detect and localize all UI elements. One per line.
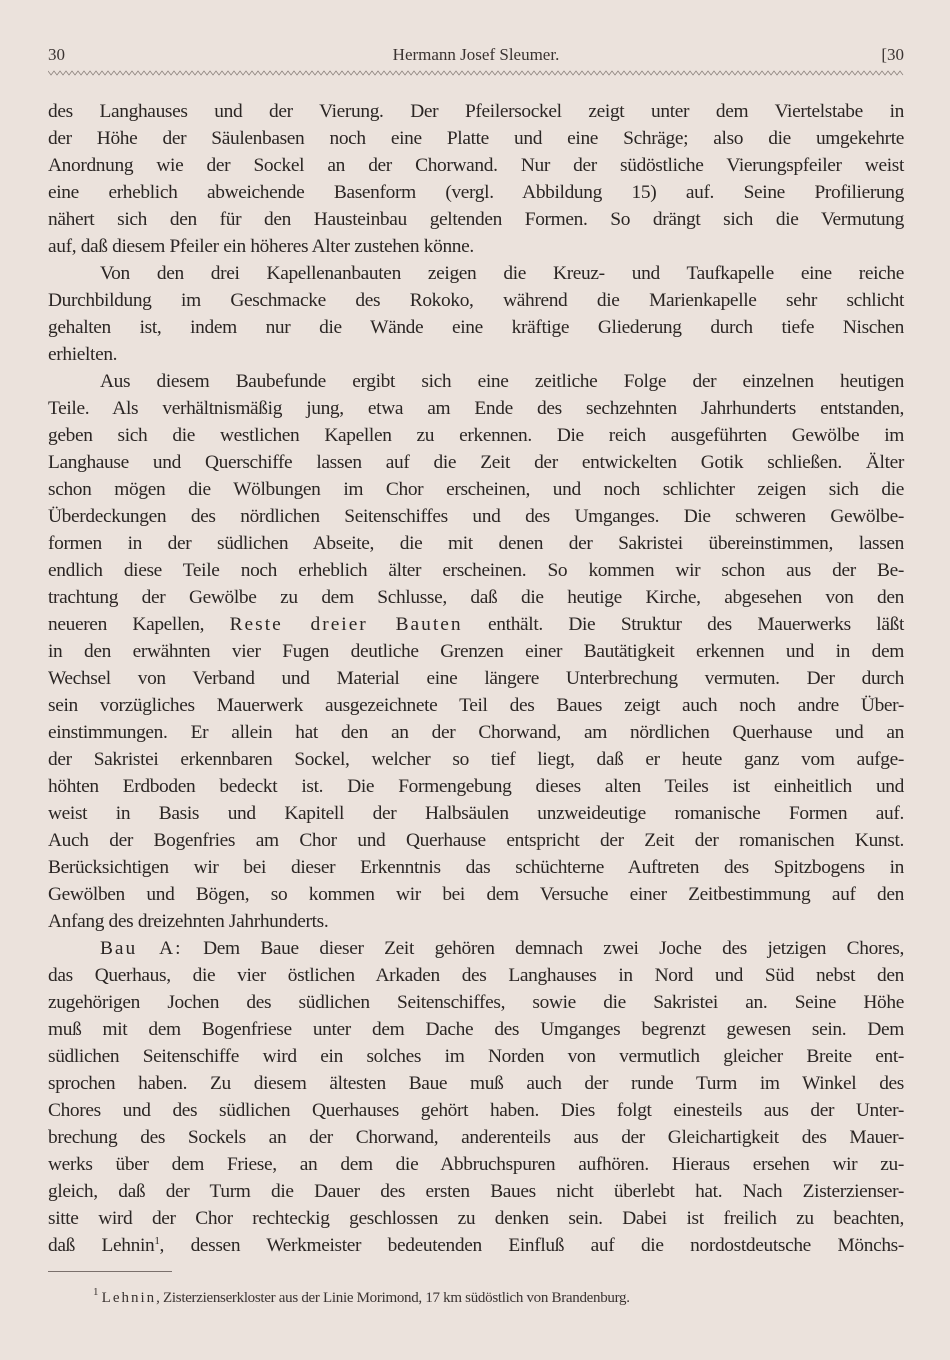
text-line: Chores und des südlichen Querhauses gehö… [48,1097,904,1124]
running-header: 30 Hermann Josef Sleumer. [30 [48,45,904,69]
text-line: Berücksichtigen wir bei dieser Erkenntni… [48,854,904,881]
text-line: zugehörigen Jochen des südlichen Seitens… [48,989,904,1016]
text-line: sitte wird der Chor rechteckig geschloss… [48,1205,904,1232]
text-line: daß Lehnin1, dessen Werkmeister bedeuten… [48,1232,904,1259]
text-line: Wechsel von Verband und Material eine lä… [48,665,904,692]
paragraph-4: Bau A: Dem Baue dieser Zeit gehören demn… [48,935,904,1259]
text-line: brechung des Sockels an der Chorwand, an… [48,1124,904,1151]
body-text: des Langhauses und der Vierung. Der Pfei… [48,98,904,1259]
text-line: Anfang des dreizehnten Jahrhunderts. [48,908,904,935]
paragraph-1: des Langhauses und der Vierung. Der Pfei… [48,98,904,260]
text-line: Von den drei Kapellenanbauten zeigen die… [48,260,904,287]
text-line: trachtung der Gewölbe zu dem Schlusse, d… [48,584,904,611]
text-line: Anordnung wie der Sockel an der Chorwand… [48,152,904,179]
text-line: der Höhe der Säulenbasen noch eine Platt… [48,125,904,152]
text-line: weist in Basis und Kapitell der Halbsäul… [48,800,904,827]
text-line: gehalten ist, indem nur die Wände eine k… [48,314,904,341]
text-line: formen in der südlichen Abseite, die mit… [48,530,904,557]
text-line: Langhause und Querschiffe lassen auf die… [48,449,904,476]
text-line: erhielten. [48,341,904,368]
text-line: Aus diesem Baubefunde ergibt sich eine z… [48,368,904,395]
running-title-author: Hermann Josef Sleumer. [48,45,904,65]
text-line: geben sich die westlichen Kapellen zu er… [48,422,904,449]
text-line: eine erheblich abweichende Basenform (ve… [48,179,904,206]
text-line: gleich, daß der Turm die Dauer des erste… [48,1178,904,1205]
text-line: südlichen Seitenschiffe wird ein solches… [48,1043,904,1070]
text-line: Durchbildung im Geschmacke des Rokoko, w… [48,287,904,314]
text-line: Teile. Als verhältnismäßig jung, etwa am… [48,395,904,422]
text-line: Gewölben und Bögen, so kommen wir bei de… [48,881,904,908]
text-fragment: Dem Baue dieser Zeit gehören demnach zwe… [183,938,905,959]
text-line: nähert sich den für den Hausteinbau gelt… [48,206,904,233]
spaced-emphasis: Reste dreier Bauten [230,614,463,635]
footnote-text: , Zisterzienserkloster aus der Linie Mor… [156,1290,630,1306]
footnote-marker: 1 [93,1286,98,1298]
footnote-spaced-term: Lehnin [102,1290,157,1306]
text-fragment: neueren Kapellen, [48,614,230,635]
text-fragment: daß Lehnin [48,1235,154,1256]
text-line: endlich diese Teile noch erheblich älter… [48,557,904,584]
page-number-right: [30 [881,45,904,65]
footnote-separator [48,1271,172,1272]
paragraph-3: Aus diesem Baubefunde ergibt sich eine z… [48,368,904,935]
book-page: 30 Hermann Josef Sleumer. [30 des Langha… [0,0,950,1360]
text-line: sein vorzügliches Mauerwerk ausgezeichne… [48,692,904,719]
text-line: einstimmungen. Er allein hat den an der … [48,719,904,746]
text-line: sprochen haben. Zu diesem ältesten Baue … [48,1070,904,1097]
text-line-emphasis: neueren Kapellen, Reste dreier Bauten en… [48,611,904,638]
text-line: des Langhauses und der Vierung. Der Pfei… [48,98,904,125]
section-lead-bau-a: Bau A: [100,938,183,959]
text-fragment: , dessen Werkmeister bedeutenden Einfluß… [160,1235,904,1256]
footnote: 1 Lehnin, Zisterzienserkloster aus der L… [93,1290,853,1307]
text-line: muß mit dem Bogenfriese unter dem Dache … [48,1016,904,1043]
text-line: Auch der Bogenfries am Chor und Querhaus… [48,827,904,854]
text-line: in den erwähnten vier Fugen deutliche Gr… [48,638,904,665]
text-line: das Querhaus, die vier östlichen Arkaden… [48,962,904,989]
text-line: werks über dem Friese, an dem die Abbruc… [48,1151,904,1178]
paragraph-2: Von den drei Kapellenanbauten zeigen die… [48,260,904,368]
header-wavy-rule [48,70,904,76]
text-fragment: enthält. Die Struktur des Mauerwerks läß… [463,614,904,635]
text-line: der Sakristei erkennbaren Sockel, welche… [48,746,904,773]
text-line: Bau A: Dem Baue dieser Zeit gehören demn… [48,935,904,962]
text-line: auf, daß diesem Pfeiler ein höheres Alte… [48,233,904,260]
text-line: Überdeckungen des nördlichen Seitenschif… [48,503,904,530]
text-line: höhten Erdboden bedeckt ist. Die Formeng… [48,773,904,800]
text-line: schon mögen die Wölbungen im Chor ersche… [48,476,904,503]
